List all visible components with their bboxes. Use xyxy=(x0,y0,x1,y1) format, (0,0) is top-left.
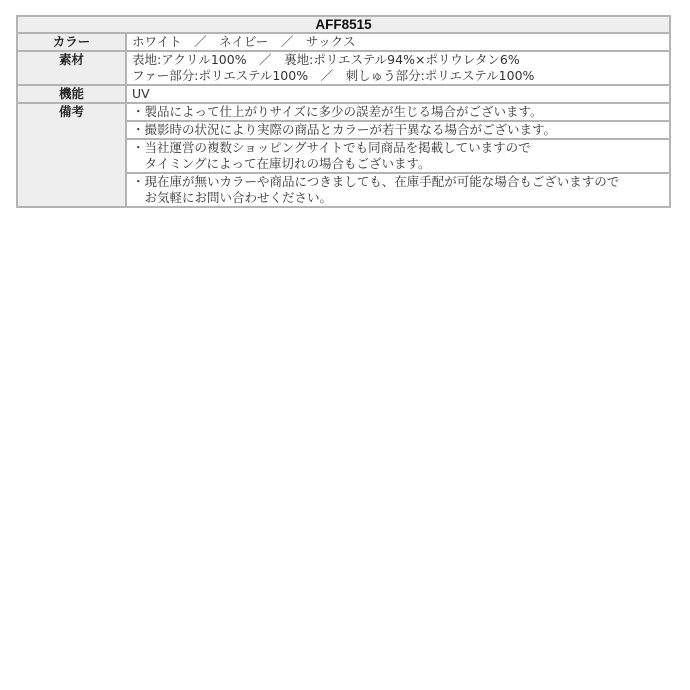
function-row: 機能 UV xyxy=(17,85,670,103)
color-row: カラー ホワイト ／ ネイビー ／ サックス xyxy=(17,33,670,51)
note-line: ・撮影時の状況により実際の商品とカラーが若干異なる場合がございます。 xyxy=(132,122,669,138)
note-item: ・当社運営の複数ショッピングサイトでも同商品を掲載していますので タイミングによ… xyxy=(126,139,670,173)
material-line-parts: ファー部分:ポリエステル100% ／ 刺しゅう部分:ポリエステル100% xyxy=(132,68,669,84)
notes-row-1: 備考 ・製品によって仕上がりサイズに多少の誤差が生じる場合がございます。 xyxy=(17,103,670,121)
note-item: ・撮影時の状況により実際の商品とカラーが若干異なる場合がございます。 xyxy=(126,121,670,139)
notes-label: 備考 xyxy=(17,103,126,207)
note-line: ・当社運営の複数ショッピングサイトでも同商品を掲載していますので xyxy=(132,140,669,156)
material-value: 表地:アクリル100% ／ 裏地:ポリエステル94%×ポリウレタン6% ファー部… xyxy=(126,51,670,85)
title-row: AFF8515 xyxy=(17,16,670,33)
color-value: ホワイト ／ ネイビー ／ サックス xyxy=(126,33,670,51)
product-code: AFF8515 xyxy=(17,16,670,33)
function-label: 機能 xyxy=(17,85,126,103)
note-line: お気軽にお問い合わせください。 xyxy=(132,190,669,206)
material-row: 素材 表地:アクリル100% ／ 裏地:ポリエステル94%×ポリウレタン6% フ… xyxy=(17,51,670,85)
product-spec-table: AFF8515 カラー ホワイト ／ ネイビー ／ サックス 素材 表地:アクリ… xyxy=(16,15,671,208)
note-item: ・製品によって仕上がりサイズに多少の誤差が生じる場合がございます。 xyxy=(126,103,670,121)
material-line-outer: 表地:アクリル100% ／ 裏地:ポリエステル94%×ポリウレタン6% xyxy=(132,52,669,68)
note-line: ・現在庫が無いカラーや商品につきましても、在庫手配が可能な場合もございますので xyxy=(132,174,669,190)
color-label: カラー xyxy=(17,33,126,51)
material-label: 素材 xyxy=(17,51,126,85)
function-value: UV xyxy=(126,85,670,103)
note-line: ・製品によって仕上がりサイズに多少の誤差が生じる場合がございます。 xyxy=(132,104,669,120)
note-item: ・現在庫が無いカラーや商品につきましても、在庫手配が可能な場合もございますので … xyxy=(126,173,670,207)
note-line: タイミングによって在庫切れの場合もございます。 xyxy=(132,156,669,172)
